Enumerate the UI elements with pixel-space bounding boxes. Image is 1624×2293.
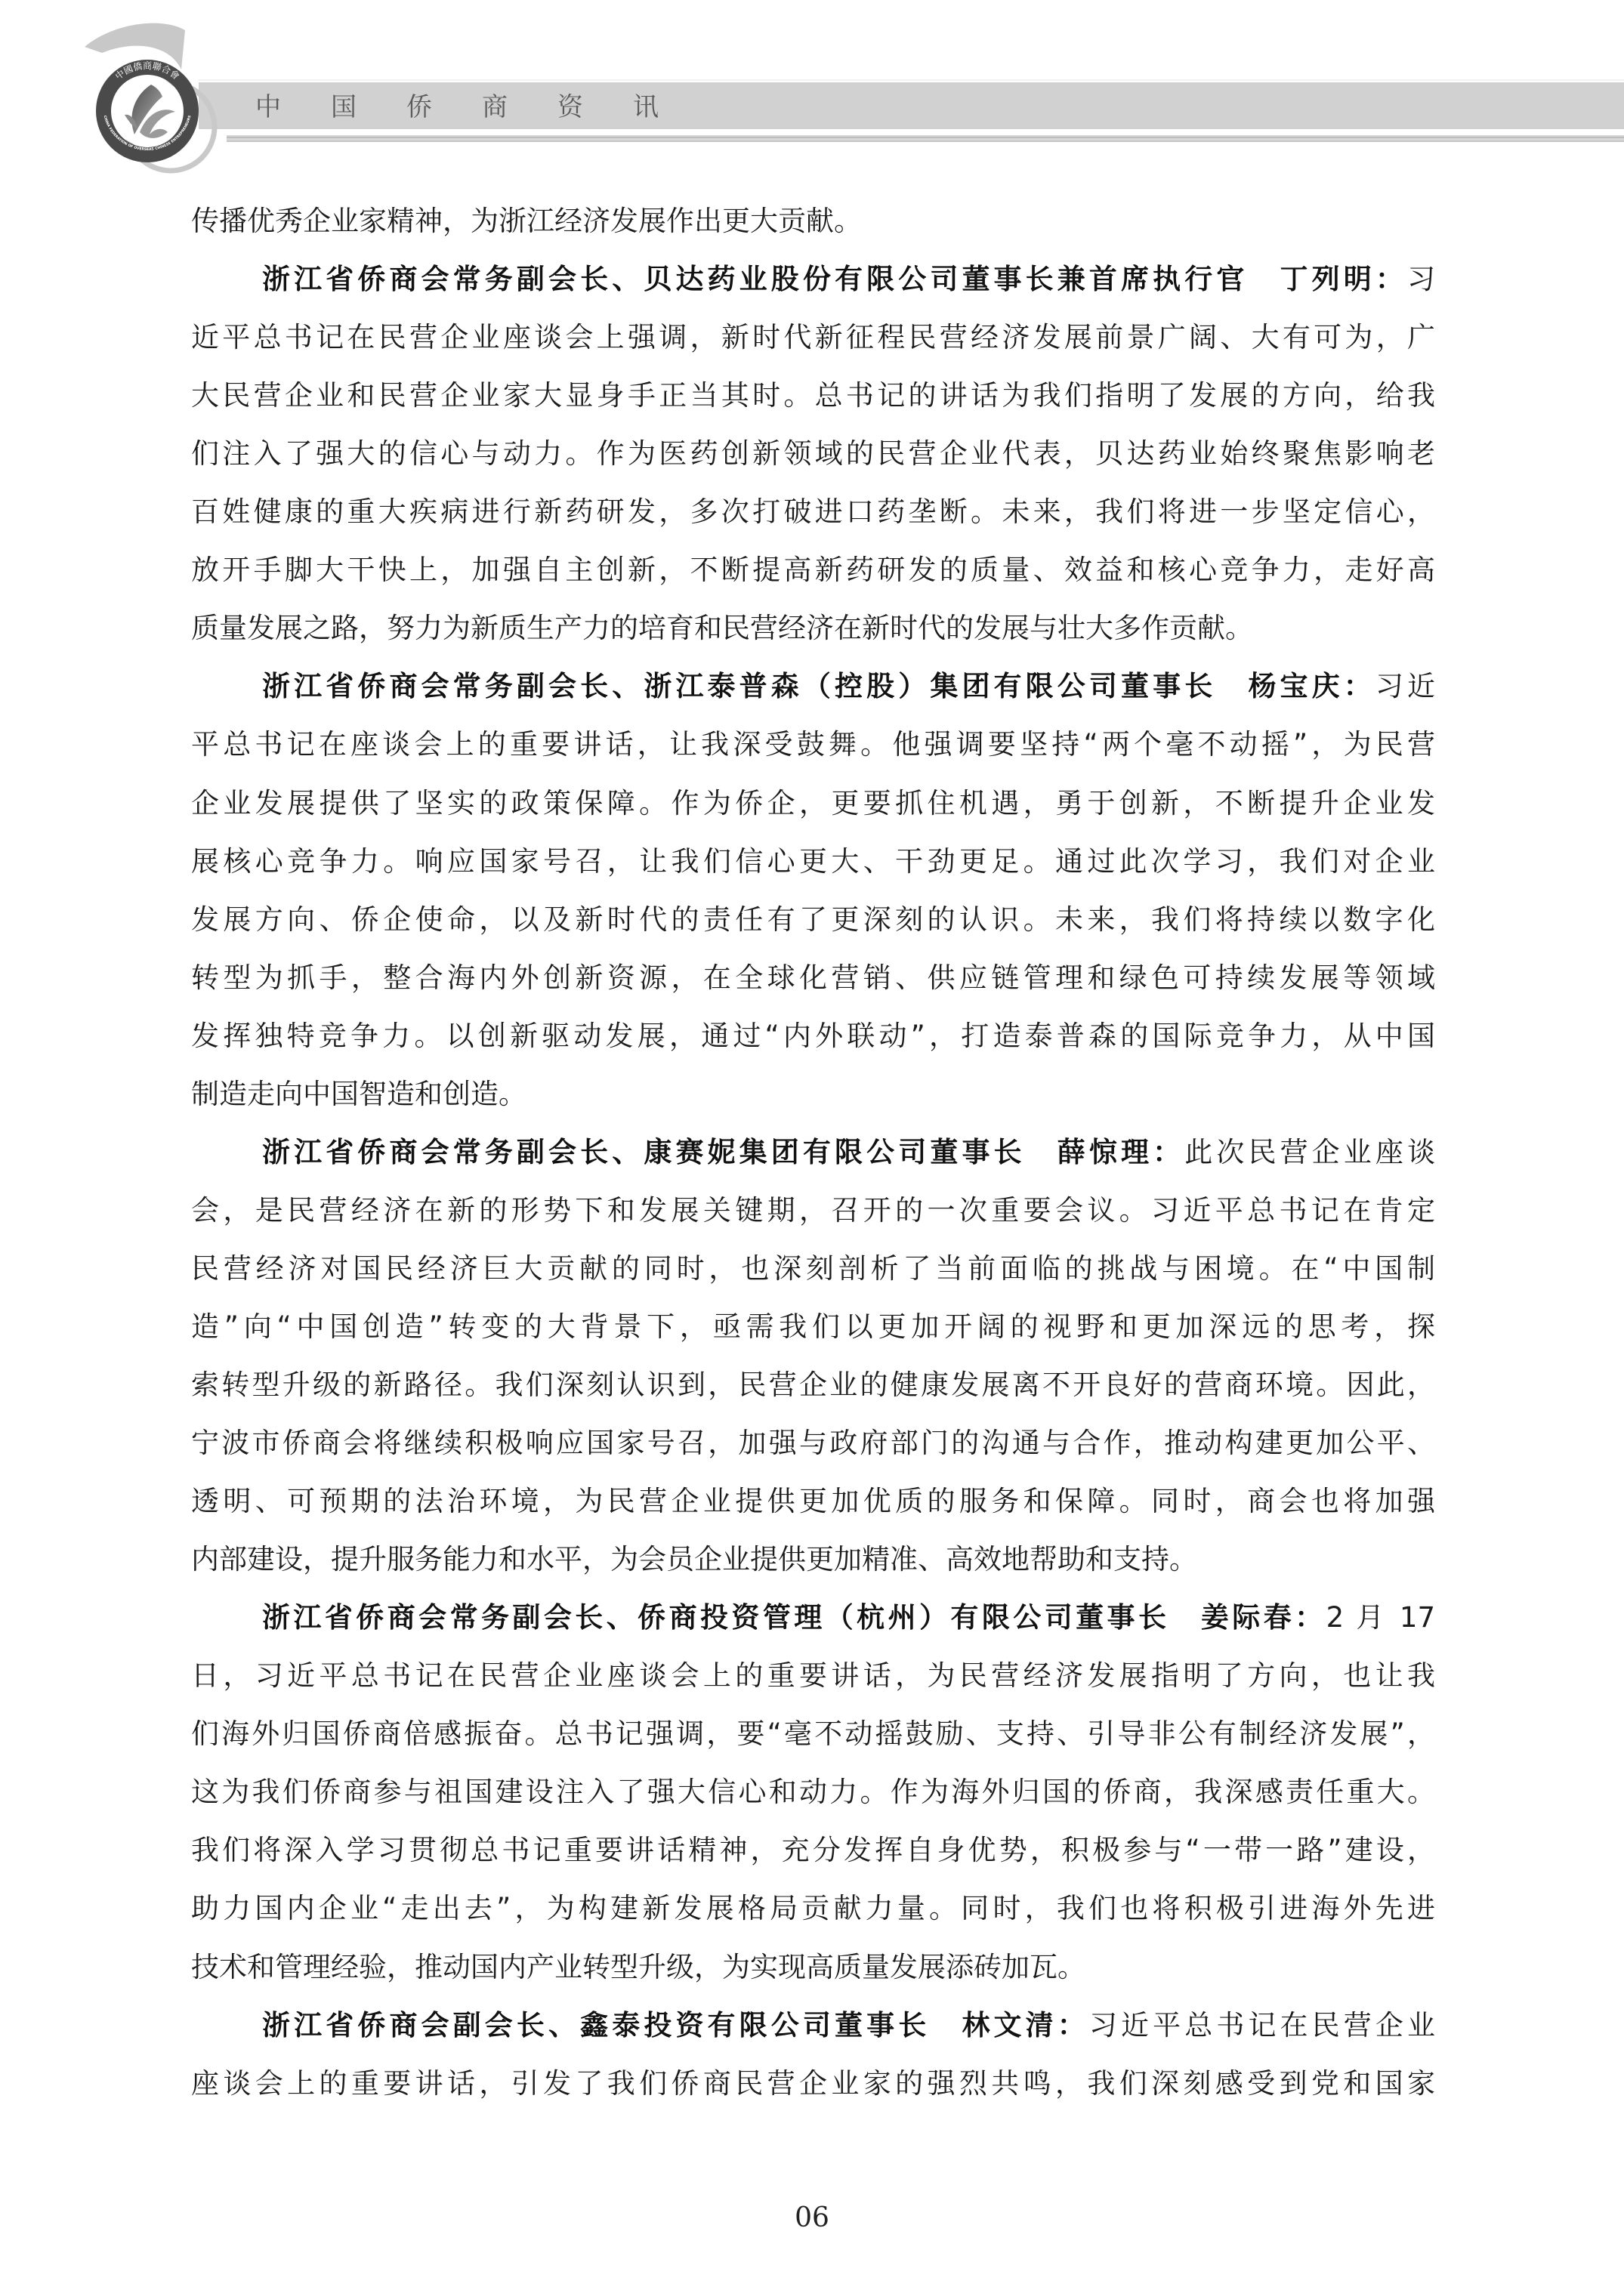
paragraph-line: 透明、可预期的法治环境，为民营企业提供更加优质的服务和保障。同时，商会也将加强 xyxy=(191,1486,1435,1517)
line-text: 透明、可预期的法治环境，为民营企业提供更加优质的服务和保障。同时，商会也将加强 xyxy=(191,1485,1435,1517)
line-text: 这为我们侨商参与祖国建设注入了强大信心和动力。作为海外归国的侨商，我深感责任重大… xyxy=(191,1776,1435,1808)
line-text: 日，习近平总书记在民营企业座谈会上的重要讲话，为民营经济发展指明了方向，也让我 xyxy=(191,1659,1435,1692)
title-char: 侨 xyxy=(406,94,482,121)
paragraph-line: 造”向“中国创造”转变的大背景下，亟需我们以更加开阔的视野和更加深远的思考，探 xyxy=(191,1312,1435,1342)
paragraph-line: 转型为抓手，整合海内外创新资源，在全球化营销、供应链管理和绿色可持续发展等领域 xyxy=(191,963,1435,993)
line-text: 们海外归国侨商倍感振奋。总书记强调，要“毫不动摇鼓励、支持、引导非公有制经济发展… xyxy=(191,1717,1435,1750)
paragraph-line: 民营经济对国民经济巨大贡献的同时，也深刻剖析了当前面临的挑战与困境。在“中国制 xyxy=(191,1254,1435,1284)
paragraph-line: 我们将深入学习贯彻总书记重要讲话精神，充分发挥自身优势，积极参与“一带一路”建设… xyxy=(191,1835,1435,1866)
line-text: 民营经济对国民经济巨大贡献的同时，也深刻剖析了当前面临的挑战与困境。在“中国制 xyxy=(191,1252,1435,1285)
paragraph-line: 内部建设，提升服务能力和水平，为会员企业提供更加精准、高效地帮助和支持。 xyxy=(191,1545,1435,1575)
line-text: 们注入了强大的信心与动力。作为医药创新领域的民营企业代表，贝达药业始终聚焦影响老 xyxy=(191,437,1435,470)
line-text: 此次民营企业座谈 xyxy=(1184,1136,1435,1168)
paragraph-line: 座谈会上的重要讲话，引发了我们侨商民营企业家的强烈共鸣，我们深刻感受到党和国家 xyxy=(191,2069,1435,2099)
paragraph-line: 宁波市侨商会将继续积极响应国家号召，加强与政府部门的沟通与合作，推动构建更加公平… xyxy=(191,1428,1435,1458)
federation-logo-icon: 中國僑商聯合會 CHINA FEDERATION OF OVERSEAS CHI… xyxy=(60,8,242,189)
paragraph-line: 制造走向中国智造和创造。 xyxy=(191,1079,1435,1109)
title-char: 中 xyxy=(255,94,331,121)
line-text: 传播优秀企业家精神，为浙江经济发展作出更大贡献。 xyxy=(191,205,862,237)
line-text: 内部建设，提升服务能力和水平，为会员企业提供更加精准、高效地帮助和支持。 xyxy=(191,1543,1197,1575)
speaker-lead: 浙江省侨商会常务副会长、浙江泰普森（控股）集团有限公司董事长 杨宝庆： xyxy=(262,670,1375,702)
line-text: 百姓健康的重大疾病进行新药研发，多次打破进口药垄断。未来，我们将进一步坚定信心， xyxy=(191,495,1435,528)
line-text: 技术和管理经验，推动国内产业转型升级，为实现高质量发展添砖加瓦。 xyxy=(191,1951,1085,1983)
line-text: 质量发展之路，努力为新质生产力的培育和民营经济在新时代的发展与壮大多作贡献。 xyxy=(191,612,1253,644)
line-text: 发挥独特竞争力。以创新驱动发展，通过“内外联动”，打造泰普森的国际竞争力，从中国 xyxy=(191,1020,1435,1052)
paragraph-line: 们海外归国侨商倍感振奋。总书记强调，要“毫不动摇鼓励、支持、引导非公有制经济发展… xyxy=(191,1719,1435,1749)
speaker-lead: 浙江省侨商会副会长、鑫泰投资有限公司董事长 林文清： xyxy=(262,2009,1089,2041)
line-text: 座谈会上的重要讲话，引发了我们侨商民营企业家的强烈共鸣，我们深刻感受到党和国家 xyxy=(191,2067,1435,2100)
line-text: 制造走向中国智造和创造。 xyxy=(191,1078,526,1110)
paragraph-line: 企业发展提供了坚实的政策保障。作为侨企，更要抓住机遇，勇于创新，不断提升企业发 xyxy=(191,789,1435,819)
paragraph-line: 助力国内企业“走出去”，为构建新发展格局贡献力量。同时，我们也将积极引进海外先进 xyxy=(191,1893,1435,1924)
paragraph-line: 这为我们侨商参与祖国建设注入了强大信心和动力。作为海外归国的侨商，我深感责任重大… xyxy=(191,1777,1435,1807)
line-text: 平总书记在座谈会上的重要讲话，让我深受鼓舞。他强调要坚持“两个毫不动摇”，为民营 xyxy=(191,728,1435,761)
paragraph-line: 技术和管理经验，推动国内产业转型升级，为实现高质量发展添砖加瓦。 xyxy=(191,1952,1435,1983)
title-char: 资 xyxy=(557,94,633,121)
line-text: 索转型升级的新路径。我们深刻认识到，民营企业的健康发展离不开良好的营商环境。因此… xyxy=(191,1369,1435,1401)
line-text: 放开手脚大干快上，加强自主创新，不断提高新药研发的质量、效益和核心竞争力，走好高 xyxy=(191,554,1435,586)
line-text: 会，是民营经济在新的形势下和发展关键期，召开的一次重要会议。习近平总书记在肯定 xyxy=(191,1194,1435,1227)
line-text: 发展方向、侨企使命，以及新时代的责任有了更深刻的认识。未来，我们将持续以数字化 xyxy=(191,903,1435,936)
line-text: 造”向“中国创造”转变的大背景下，亟需我们以更加开阔的视野和更加深远的思考，探 xyxy=(191,1310,1435,1343)
paragraph-line: 们注入了强大的信心与动力。作为医药创新领域的民营企业代表，贝达药业始终聚焦影响老 xyxy=(191,439,1435,469)
paragraph-line: 日，习近平总书记在民营企业座谈会上的重要讲话，为民营经济发展指明了方向，也让我 xyxy=(191,1661,1435,1691)
paragraph-line: 展核心竞争力。响应国家号召，让我们信心更大、干劲更足。通过此次学习，我们对企业 xyxy=(191,847,1435,877)
header-rule xyxy=(227,135,1624,142)
paragraph-first-line: 浙江省侨商会常务副会长、康赛妮集团有限公司董事长 薛惊理：此次民营企业座谈 xyxy=(191,1137,1435,1168)
line-text: 大民营企业和民营企业家大显身手正当其时。总书记的讲话为我们指明了发展的方向，给我 xyxy=(191,379,1435,412)
paragraph-line: 会，是民营经济在新的形势下和发展关键期，召开的一次重要会议。习近平总书记在肯定 xyxy=(191,1196,1435,1226)
line-text: 2 月 17 xyxy=(1326,1601,1435,1634)
paragraph-first-line: 浙江省侨商会副会长、鑫泰投资有限公司董事长 林文清：习近平总书记在民营企业 xyxy=(191,2011,1435,2041)
paragraph-first-line: 传播优秀企业家精神，为浙江经济发展作出更大贡献。 xyxy=(191,206,1435,236)
title-char: 商 xyxy=(482,94,557,121)
speaker-lead: 浙江省侨商会常务副会长、康赛妮集团有限公司董事长 薛惊理： xyxy=(262,1136,1184,1168)
line-text: 我们将深入学习贯彻总书记重要讲话精神，充分发挥自身优势，积极参与“一带一路”建设… xyxy=(191,1834,1435,1866)
line-text: 展核心竞争力。响应国家号召，让我们信心更大、干劲更足。通过此次学习，我们对企业 xyxy=(191,845,1435,878)
paragraph-line: 放开手脚大干快上，加强自主创新，不断提高新药研发的质量、效益和核心竞争力，走好高 xyxy=(191,555,1435,585)
page-number: 06 xyxy=(786,2202,838,2233)
title-char: 讯 xyxy=(633,94,709,121)
line-text: 企业发展提供了坚实的政策保障。作为侨企，更要抓住机遇，勇于创新，不断提升企业发 xyxy=(191,787,1435,819)
line-text: 助力国内企业“走出去”，为构建新发展格局贡献力量。同时，我们也将积极引进海外先进 xyxy=(191,1892,1435,1924)
paragraph-line: 发挥独特竞争力。以创新驱动发展，通过“内外联动”，打造泰普森的国际竞争力，从中国 xyxy=(191,1021,1435,1051)
paragraph-first-line: 浙江省侨商会常务副会长、浙江泰普森（控股）集团有限公司董事长 杨宝庆：习近 xyxy=(191,671,1435,702)
paragraph-line: 百姓健康的重大疾病进行新药研发，多次打破进口药垄断。未来，我们将进一步坚定信心， xyxy=(191,497,1435,527)
paragraph-line: 大民营企业和民营企业家大显身手正当其时。总书记的讲话为我们指明了发展的方向，给我 xyxy=(191,381,1435,411)
line-text: 宁波市侨商会将继续积极响应国家号召，加强与政府部门的沟通与合作，推动构建更加公平… xyxy=(191,1427,1435,1459)
line-text: 习 xyxy=(1407,263,1435,295)
paragraph-line: 平总书记在座谈会上的重要讲话，让我深受鼓舞。他强调要坚持“两个毫不动摇”，为民营 xyxy=(191,730,1435,760)
speaker-lead: 浙江省侨商会常务副会长、侨商投资管理（杭州）有限公司董事长 姜际春： xyxy=(262,1601,1326,1634)
paragraph-line: 质量发展之路，努力为新质生产力的培育和民营经济在新时代的发展与壮大多作贡献。 xyxy=(191,613,1435,643)
paragraph-first-line: 浙江省侨商会常务副会长、侨商投资管理（杭州）有限公司董事长 姜际春：2 月 17 xyxy=(191,1603,1435,1633)
line-text: 近平总书记在民营企业座谈会上强调，新时代新征程民营经济发展前景广阔、大有可为，广 xyxy=(191,321,1435,353)
paragraph-first-line: 浙江省侨商会常务副会长、贝达药业股份有限公司董事长兼首席执行官 丁列明：习 xyxy=(191,264,1435,295)
speaker-lead: 浙江省侨商会常务副会长、贝达药业股份有限公司董事长兼首席执行官 丁列明： xyxy=(262,263,1407,295)
header-top-hairline xyxy=(199,79,1624,81)
publication-title: 中 国 侨 商 资 讯 xyxy=(255,94,709,121)
paragraph-line: 索转型升级的新路径。我们深刻认识到，民营企业的健康发展离不开良好的营商环境。因此… xyxy=(191,1370,1435,1400)
line-text: 转型为抓手，整合海内外创新资源，在全球化营销、供应链管理和绿色可持续发展等领域 xyxy=(191,961,1435,994)
line-text: 习近 xyxy=(1375,670,1435,702)
paragraph-line: 发展方向、侨企使命，以及新时代的责任有了更深刻的认识。未来，我们将持续以数字化 xyxy=(191,905,1435,935)
line-text: 习近平总书记在民营企业 xyxy=(1089,2009,1435,2041)
title-char: 国 xyxy=(331,94,406,121)
paragraph-line: 近平总书记在民营企业座谈会上强调，新时代新征程民营经济发展前景广阔、大有可为，广 xyxy=(191,323,1435,353)
